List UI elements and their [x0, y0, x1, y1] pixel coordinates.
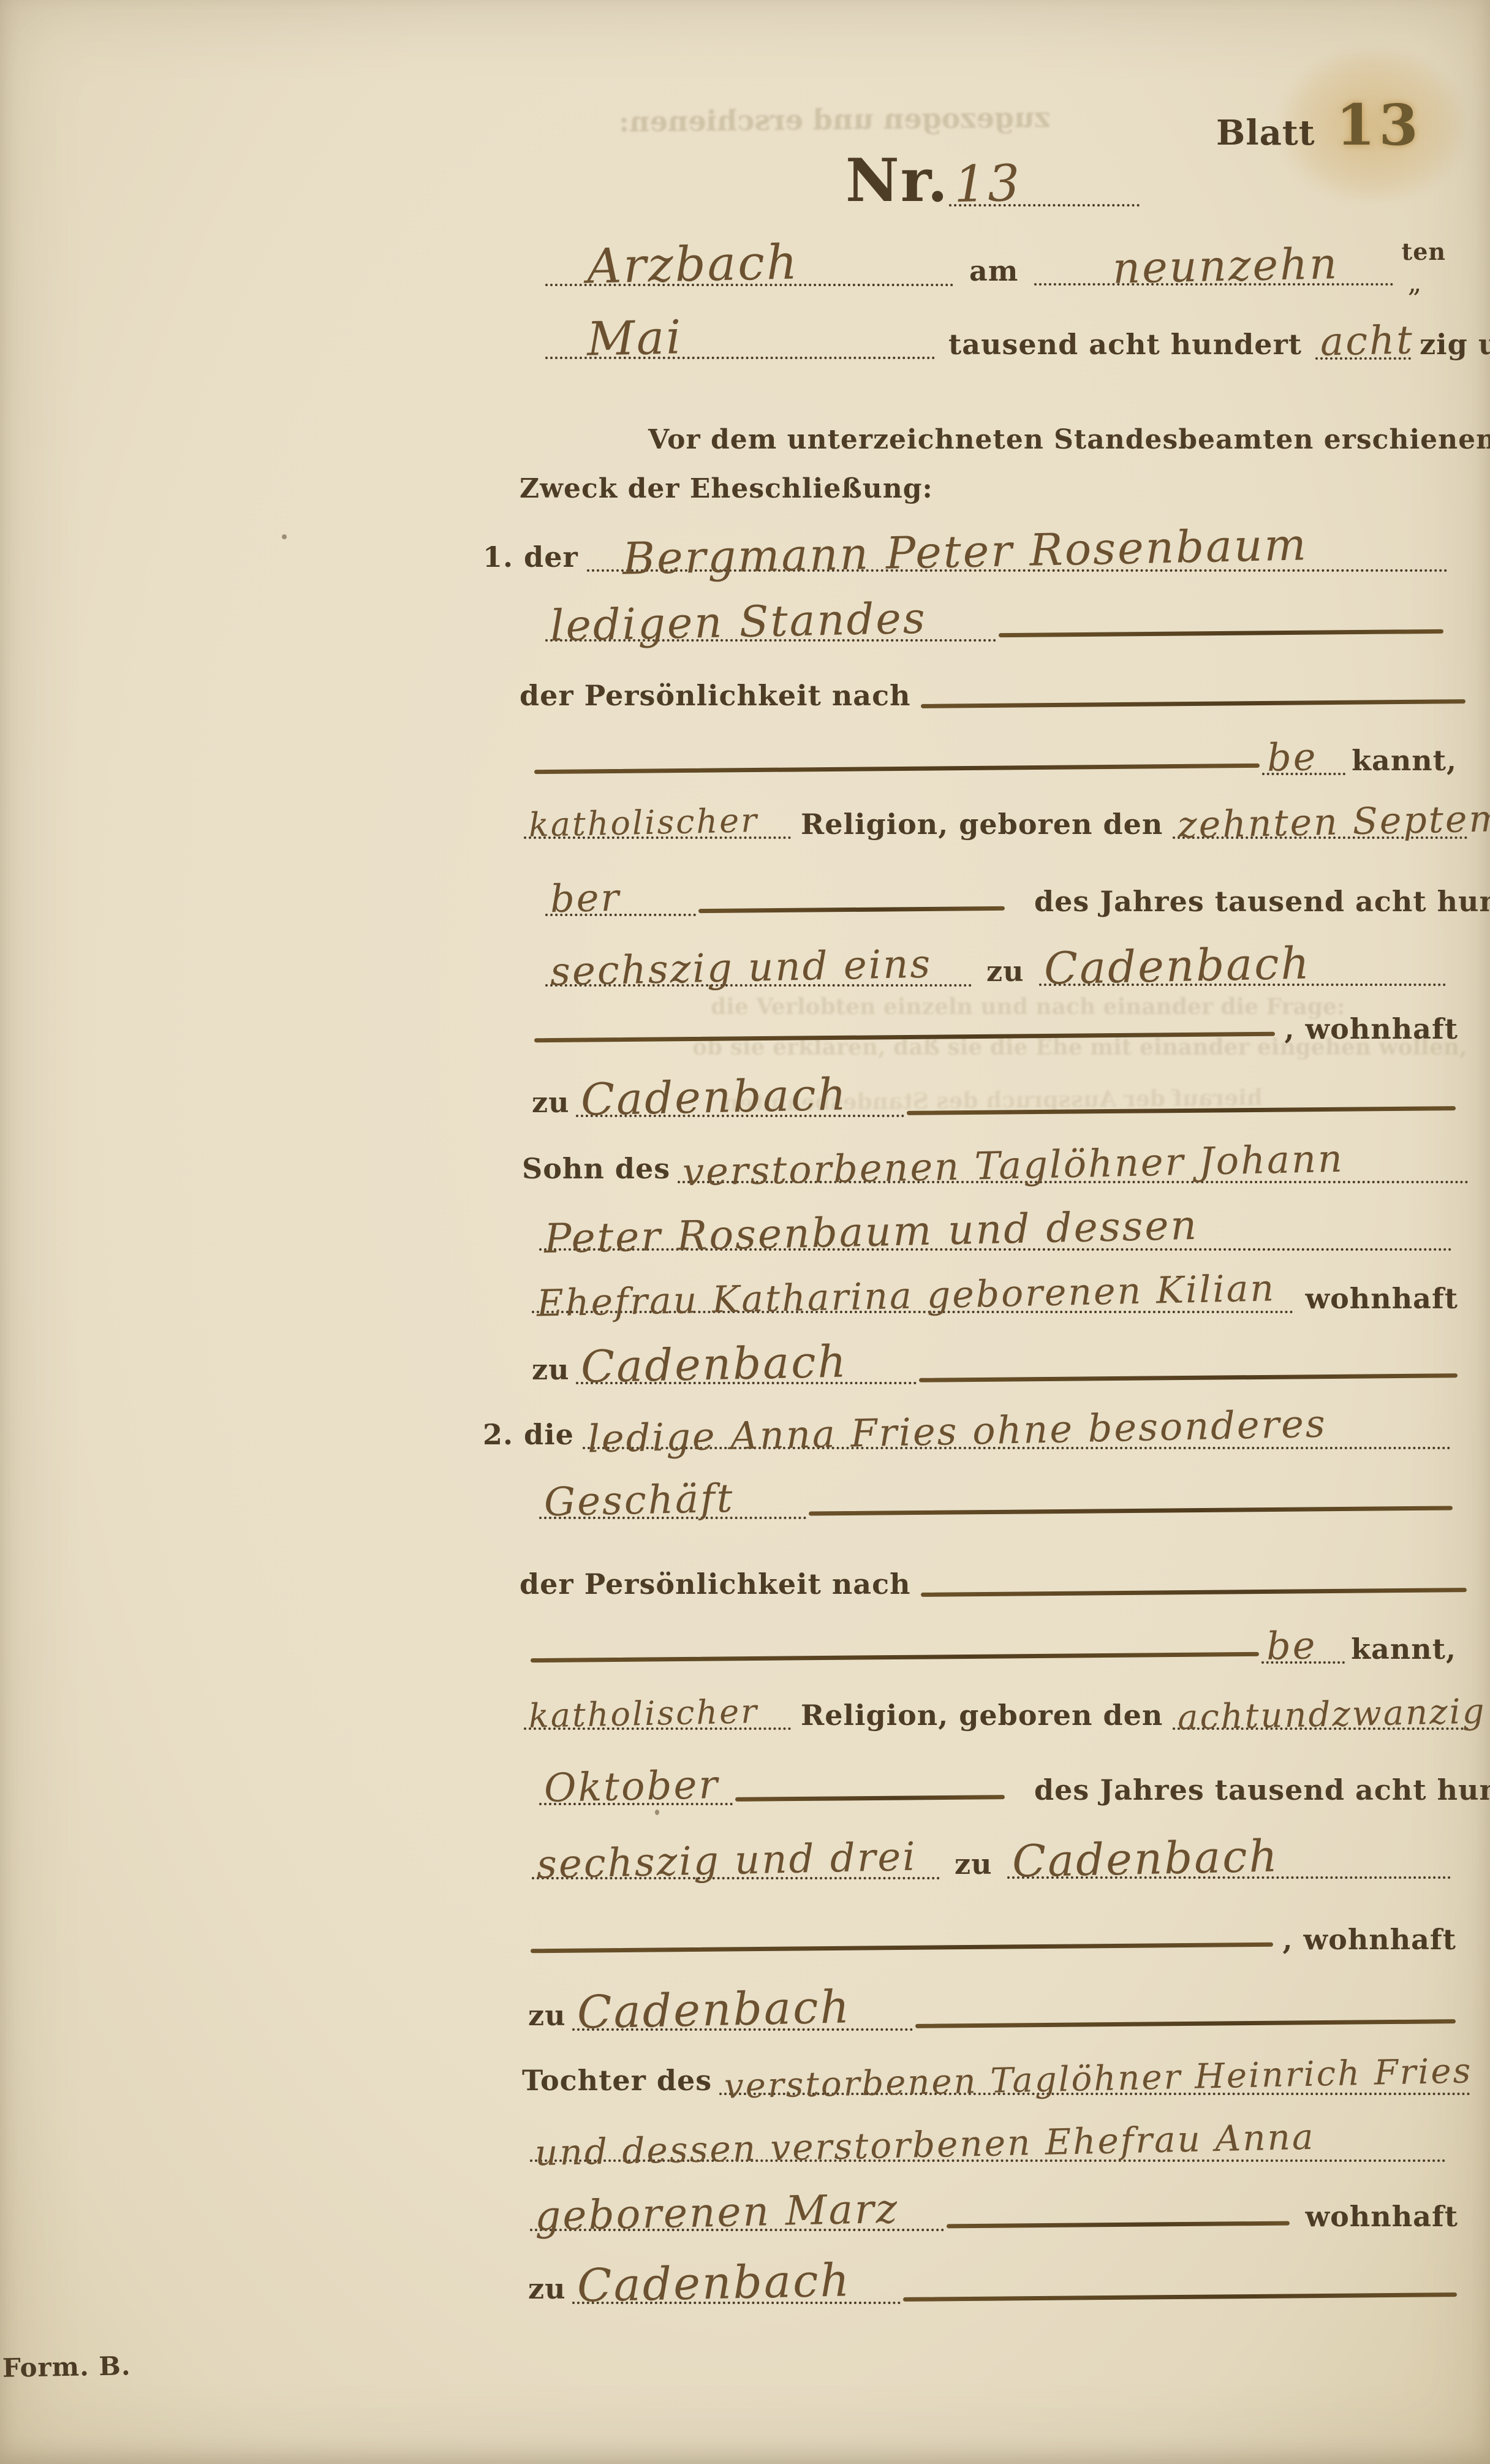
- dotted-line: be: [1262, 743, 1345, 775]
- bride-wohnhaft-label: , wohnhaft: [1283, 1923, 1456, 1956]
- groom-religion-handwritten: katholischer: [529, 808, 759, 838]
- dotted-line: zehnten Septem=: [1173, 808, 1467, 839]
- dotted-line: Arzbach: [545, 246, 953, 286]
- form-footer-label: Form. B.: [2, 2351, 131, 2383]
- dotted-line: Cadenbach: [576, 1080, 904, 1117]
- groom-identity-line: der Persönlichkeit nach: [520, 679, 1468, 712]
- dotted-line: Mai: [545, 320, 935, 359]
- groom-parents-zu-label: zu: [532, 1353, 570, 1386]
- groom-parents-line-2: Peter Rosenbaum und dessen: [539, 1216, 1452, 1251]
- dotted-line: Geschäft: [539, 1486, 806, 1519]
- bride-parents-line-2: und dessen verstorbenen Ehefrau Anna: [530, 2131, 1446, 2162]
- intro-line-2: Zweck der Eheschließung:: [520, 473, 933, 504]
- am-label: am: [969, 254, 1018, 287]
- bride-identity-line: der Persönlichkeit nach: [520, 1567, 1469, 1601]
- ten-superscript: ten: [1402, 238, 1446, 265]
- groom-parents-line-3: Ehefrau Katharina geborenen Kilian wohnh…: [532, 1282, 1458, 1315]
- ink-stroke: [907, 1106, 1456, 1115]
- groom-kannt-label: kannt,: [1352, 744, 1457, 777]
- dotted-line: Cadenbach: [572, 1993, 913, 2031]
- groom-identity-label: der Persönlichkeit nach: [520, 679, 911, 712]
- groom-parents-wohnhaft-label: wohnhaft: [1306, 1282, 1458, 1315]
- bride-parents-line-3: geborenen Marz wohnhaft: [530, 2197, 1458, 2233]
- groom-residence-handwritten: Cadenbach: [580, 1077, 848, 1116]
- ink-stroke: [947, 2221, 1290, 2229]
- dotted-line: sechszig und eins: [545, 953, 972, 987]
- sheet-header: Blatt 13: [1216, 92, 1422, 158]
- dotted-line: katholischer: [524, 810, 791, 839]
- groom-name-handwritten: Bergmann Peter Rosenbaum: [622, 527, 1308, 576]
- bride-parents-residence-handwritten: Cadenbach: [577, 2263, 851, 2304]
- bleedthrough-text: zugezogen und erschienen:: [619, 100, 1051, 138]
- bride-birth-month-line: Oktober des Jahres tausend acht hundert: [539, 1772, 1452, 1806]
- sheet-number: 13: [1336, 92, 1422, 158]
- groom-parents-line-1: Sohn des verstorbenen Taglöhner Johann: [522, 1151, 1469, 1185]
- record-number-label: Nr.: [845, 146, 949, 215]
- groom-parents-handwritten-1: verstorbenen Taglöhner Johann: [683, 1144, 1345, 1188]
- month-handwritten: Mai: [586, 319, 683, 357]
- ink-stroke: [903, 2292, 1457, 2302]
- ink-speck: [282, 534, 287, 539]
- ink-stroke: [915, 2019, 1456, 2028]
- zig-und-label: zig und: [1420, 328, 1490, 361]
- dotted-line: ber: [545, 884, 696, 916]
- bride-parents-residence-line: zu Cadenbach: [528, 2266, 1459, 2305]
- groom-parents-label: Sohn des: [522, 1152, 670, 1185]
- ink-stroke: [921, 699, 1465, 708]
- groom-item-label: 1. der: [483, 540, 578, 574]
- form-footer: Form. B.: [2, 2352, 130, 2382]
- bride-parents-wohnhaft-label: wohnhaft: [1306, 2200, 1458, 2233]
- dotted-line: sechszig und drei: [532, 1846, 940, 1879]
- civil-registry-marriage-form: zugezogen und erschienen: die Verlobten …: [0, 0, 1490, 2464]
- bride-residence-line: zu Cadenbach: [528, 1993, 1458, 2032]
- bride-religion-handwritten: katholischer: [529, 1699, 759, 1729]
- bride-year-label: des Jahres tausend acht hundert: [1034, 1773, 1490, 1806]
- bride-parents-handwritten-2: und dessen verstorbenen Ehefrau Anna: [535, 2123, 1315, 2167]
- dotted-line: Cadenbach: [1007, 1841, 1451, 1879]
- bride-name-line: 2. die ledige Anna Fries ohne besonderes: [483, 1417, 1451, 1451]
- bride-residence-zu-label: zu: [528, 1999, 566, 2032]
- dotted-line: ledigen Standes: [545, 605, 996, 642]
- groom-birth-month-handwritten: ber: [550, 883, 621, 914]
- dotted-line: neunzehn: [1034, 249, 1393, 286]
- ink-stroke: [534, 1032, 1275, 1043]
- ink-stroke: [999, 629, 1443, 637]
- bride-parents-handwritten-3: geborenen Marz: [535, 2193, 899, 2232]
- bride-birth-year-line: sechszig und drei zu Cadenbach: [532, 1841, 1451, 1881]
- groom-religion-label: Religion, geboren den: [801, 808, 1163, 841]
- bride-birth-year-handwritten: sechszig und drei: [537, 1843, 918, 1881]
- bride-identity-label: der Persönlichkeit nach: [520, 1567, 911, 1601]
- bride-birth-day-handwritten: achtundzwanzig sten: [1178, 1696, 1490, 1731]
- ink-stroke: [919, 1373, 1458, 1382]
- dotted-line: Ehefrau Katharina geborenen Kilian: [532, 1282, 1293, 1313]
- groom-parents-residence-handwritten: Cadenbach: [580, 1344, 848, 1384]
- ten-superscript-wrap: ten „: [1402, 259, 1446, 286]
- bride-be-handwritten: be: [1266, 1631, 1317, 1661]
- dotted-line: acht: [1315, 327, 1411, 360]
- intro-text-1: Vor dem unterzeichneten Standesbeamten e…: [648, 424, 1490, 455]
- groom-bekannt-line: be kannt,: [532, 743, 1457, 777]
- dotted-line: geborenen Marz: [530, 2197, 944, 2231]
- bride-occupation-handwritten: Geschäft: [544, 1484, 735, 1518]
- groom-birth-month-line: ber des Jahres tausend acht hundert: [545, 884, 1452, 918]
- dotted-line: Cadenbach: [576, 1347, 917, 1384]
- dotted-line: 13: [949, 165, 1140, 207]
- groom-parents-residence-line: zu Cadenbach: [532, 1347, 1460, 1386]
- bride-wohnhaft-line: , wohnhaft: [528, 1923, 1456, 1956]
- record-number-handwritten: 13: [953, 164, 1022, 205]
- bride-parents-label: Tochter des: [522, 2064, 712, 2097]
- bride-parents-line-1: Tochter des verstorbenen Taglöhner Heinr…: [522, 2064, 1470, 2097]
- groom-be-handwritten: be: [1267, 742, 1318, 773]
- ink-stroke: [534, 764, 1260, 774]
- year-line: Mai tausend acht hundert acht zig und ne…: [545, 320, 1446, 361]
- groom-birth-year-line: sechszig und eins zu Cadenbach: [545, 949, 1446, 988]
- bride-birth-place-handwritten: Cadenbach: [1012, 1838, 1279, 1878]
- groom-status-line: ledigen Standes: [545, 605, 1446, 642]
- bride-bekannt-line: be kannt,: [528, 1631, 1456, 1666]
- bride-parents-zu-label: zu: [528, 2272, 566, 2305]
- dotted-line: ledige Anna Fries ohne besonderes: [583, 1417, 1451, 1449]
- dotted-line: und dessen verstorbenen Ehefrau Anna: [530, 2131, 1446, 2162]
- dotted-line: Bergmann Peter Rosenbaum: [587, 534, 1448, 572]
- groom-birth-day-handwritten: zehnten Septem=: [1178, 804, 1490, 840]
- bride-religion-line: katholischer Religion, geboren den achtu…: [524, 1699, 1469, 1732]
- groom-residence-zu-label: zu: [532, 1086, 570, 1119]
- day-handwritten: neunzehn: [1113, 247, 1339, 285]
- intro-line-1: Vor dem unterzeichneten Standesbeamten e…: [648, 424, 1490, 455]
- groom-religion-line: katholischer Religion, geboren den zehnt…: [524, 808, 1467, 841]
- dotted-line: Peter Rosenbaum und dessen: [539, 1216, 1452, 1251]
- year-decade-handwritten: acht: [1320, 325, 1415, 358]
- bride-zu-label: zu: [955, 1848, 993, 1881]
- groom-birth-year-handwritten: sechszig und eins: [550, 949, 932, 988]
- groom-birth-place-handwritten: Cadenbach: [1043, 946, 1311, 985]
- bride-item-label: 2. die: [483, 1418, 574, 1451]
- place-handwritten: Arzbach: [586, 244, 799, 286]
- groom-status-handwritten: ledigen Standes: [550, 602, 927, 643]
- groom-residence-line: zu Cadenbach: [532, 1080, 1458, 1119]
- dotted-line: achtundzwanzig sten: [1173, 1700, 1469, 1730]
- dotted-line: Cadenbach: [572, 2266, 901, 2304]
- dotted-line: verstorbenen Taglöhner Johann: [678, 1151, 1469, 1183]
- ink-speck: [655, 1810, 659, 1815]
- groom-zu-label: zu: [986, 955, 1024, 988]
- groom-wohnhaft-line: , wohnhaft: [532, 1012, 1458, 1045]
- bride-birth-month-handwritten: Oktober: [544, 1770, 720, 1805]
- sheet-label: Blatt: [1216, 113, 1315, 153]
- dotted-line: katholischer: [524, 1701, 791, 1730]
- ditto-mark: „: [1408, 267, 1422, 298]
- bride-residence-handwritten: Cadenbach: [577, 1990, 851, 2031]
- groom-year-label: des Jahres tausend acht hundert: [1034, 885, 1490, 918]
- bride-kannt-label: kannt,: [1351, 1632, 1456, 1666]
- record-number-line: Nr. 13: [845, 146, 1140, 215]
- groom-name-line: 1. der Bergmann Peter Rosenbaum: [483, 534, 1448, 574]
- dotted-line: Oktober: [539, 1772, 733, 1805]
- bride-parents-handwritten-1: verstorbenen Taglöhner Heinrich Fries: [724, 2058, 1473, 2100]
- ink-stroke: [735, 1795, 1005, 1802]
- bride-name-handwritten: ledige Anna Fries ohne besonderes: [588, 1409, 1327, 1454]
- groom-parents-handwritten-2: Peter Rosenbaum und dessen: [544, 1210, 1199, 1255]
- ink-stroke: [809, 1506, 1453, 1515]
- dotted-line: verstorbenen Taglöhner Heinrich Fries: [719, 2066, 1470, 2095]
- bride-occupation-line: Geschäft: [539, 1486, 1455, 1519]
- ink-stroke: [531, 1943, 1273, 1954]
- ink-stroke: [698, 906, 1005, 913]
- ink-stroke: [921, 1588, 1467, 1597]
- place-date-line: Arzbach am neunzehn ten „: [545, 246, 1446, 287]
- bride-religion-label: Religion, geboren den: [801, 1699, 1163, 1732]
- groom-parents-handwritten-3: Ehefrau Katharina geborenen Kilian: [537, 1274, 1276, 1318]
- intro-text-2: Zweck der Eheschließung:: [520, 473, 933, 504]
- groom-wohnhaft-label: , wohnhaft: [1285, 1012, 1458, 1045]
- year-printed-label: tausend acht hundert: [948, 328, 1302, 361]
- dotted-line: be: [1261, 1631, 1345, 1664]
- dotted-line: Cadenbach: [1039, 949, 1446, 986]
- ink-stroke: [531, 1652, 1259, 1662]
